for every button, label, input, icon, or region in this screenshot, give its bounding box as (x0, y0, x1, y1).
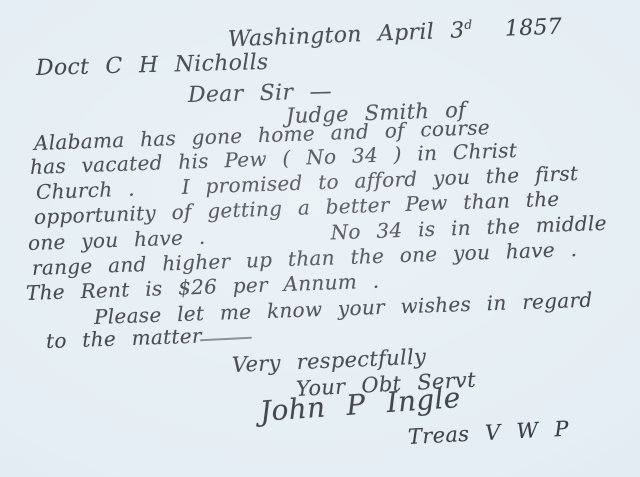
dateline: Washington April 3d 1857 (228, 14, 563, 52)
pen-flourish (200, 337, 252, 342)
body-line: to the matter (46, 324, 203, 353)
signature-name: John P Ingle (259, 381, 462, 428)
signature-title: Treas V W P (407, 417, 569, 449)
dateline-text: Washington April 3 (228, 18, 466, 52)
letter-page: Washington April 3d 1857 Doct C H Nichol… (0, 0, 640, 477)
recipient-line: Doct C H Nicholls (36, 50, 269, 81)
dateline-year: 1857 (472, 15, 563, 43)
